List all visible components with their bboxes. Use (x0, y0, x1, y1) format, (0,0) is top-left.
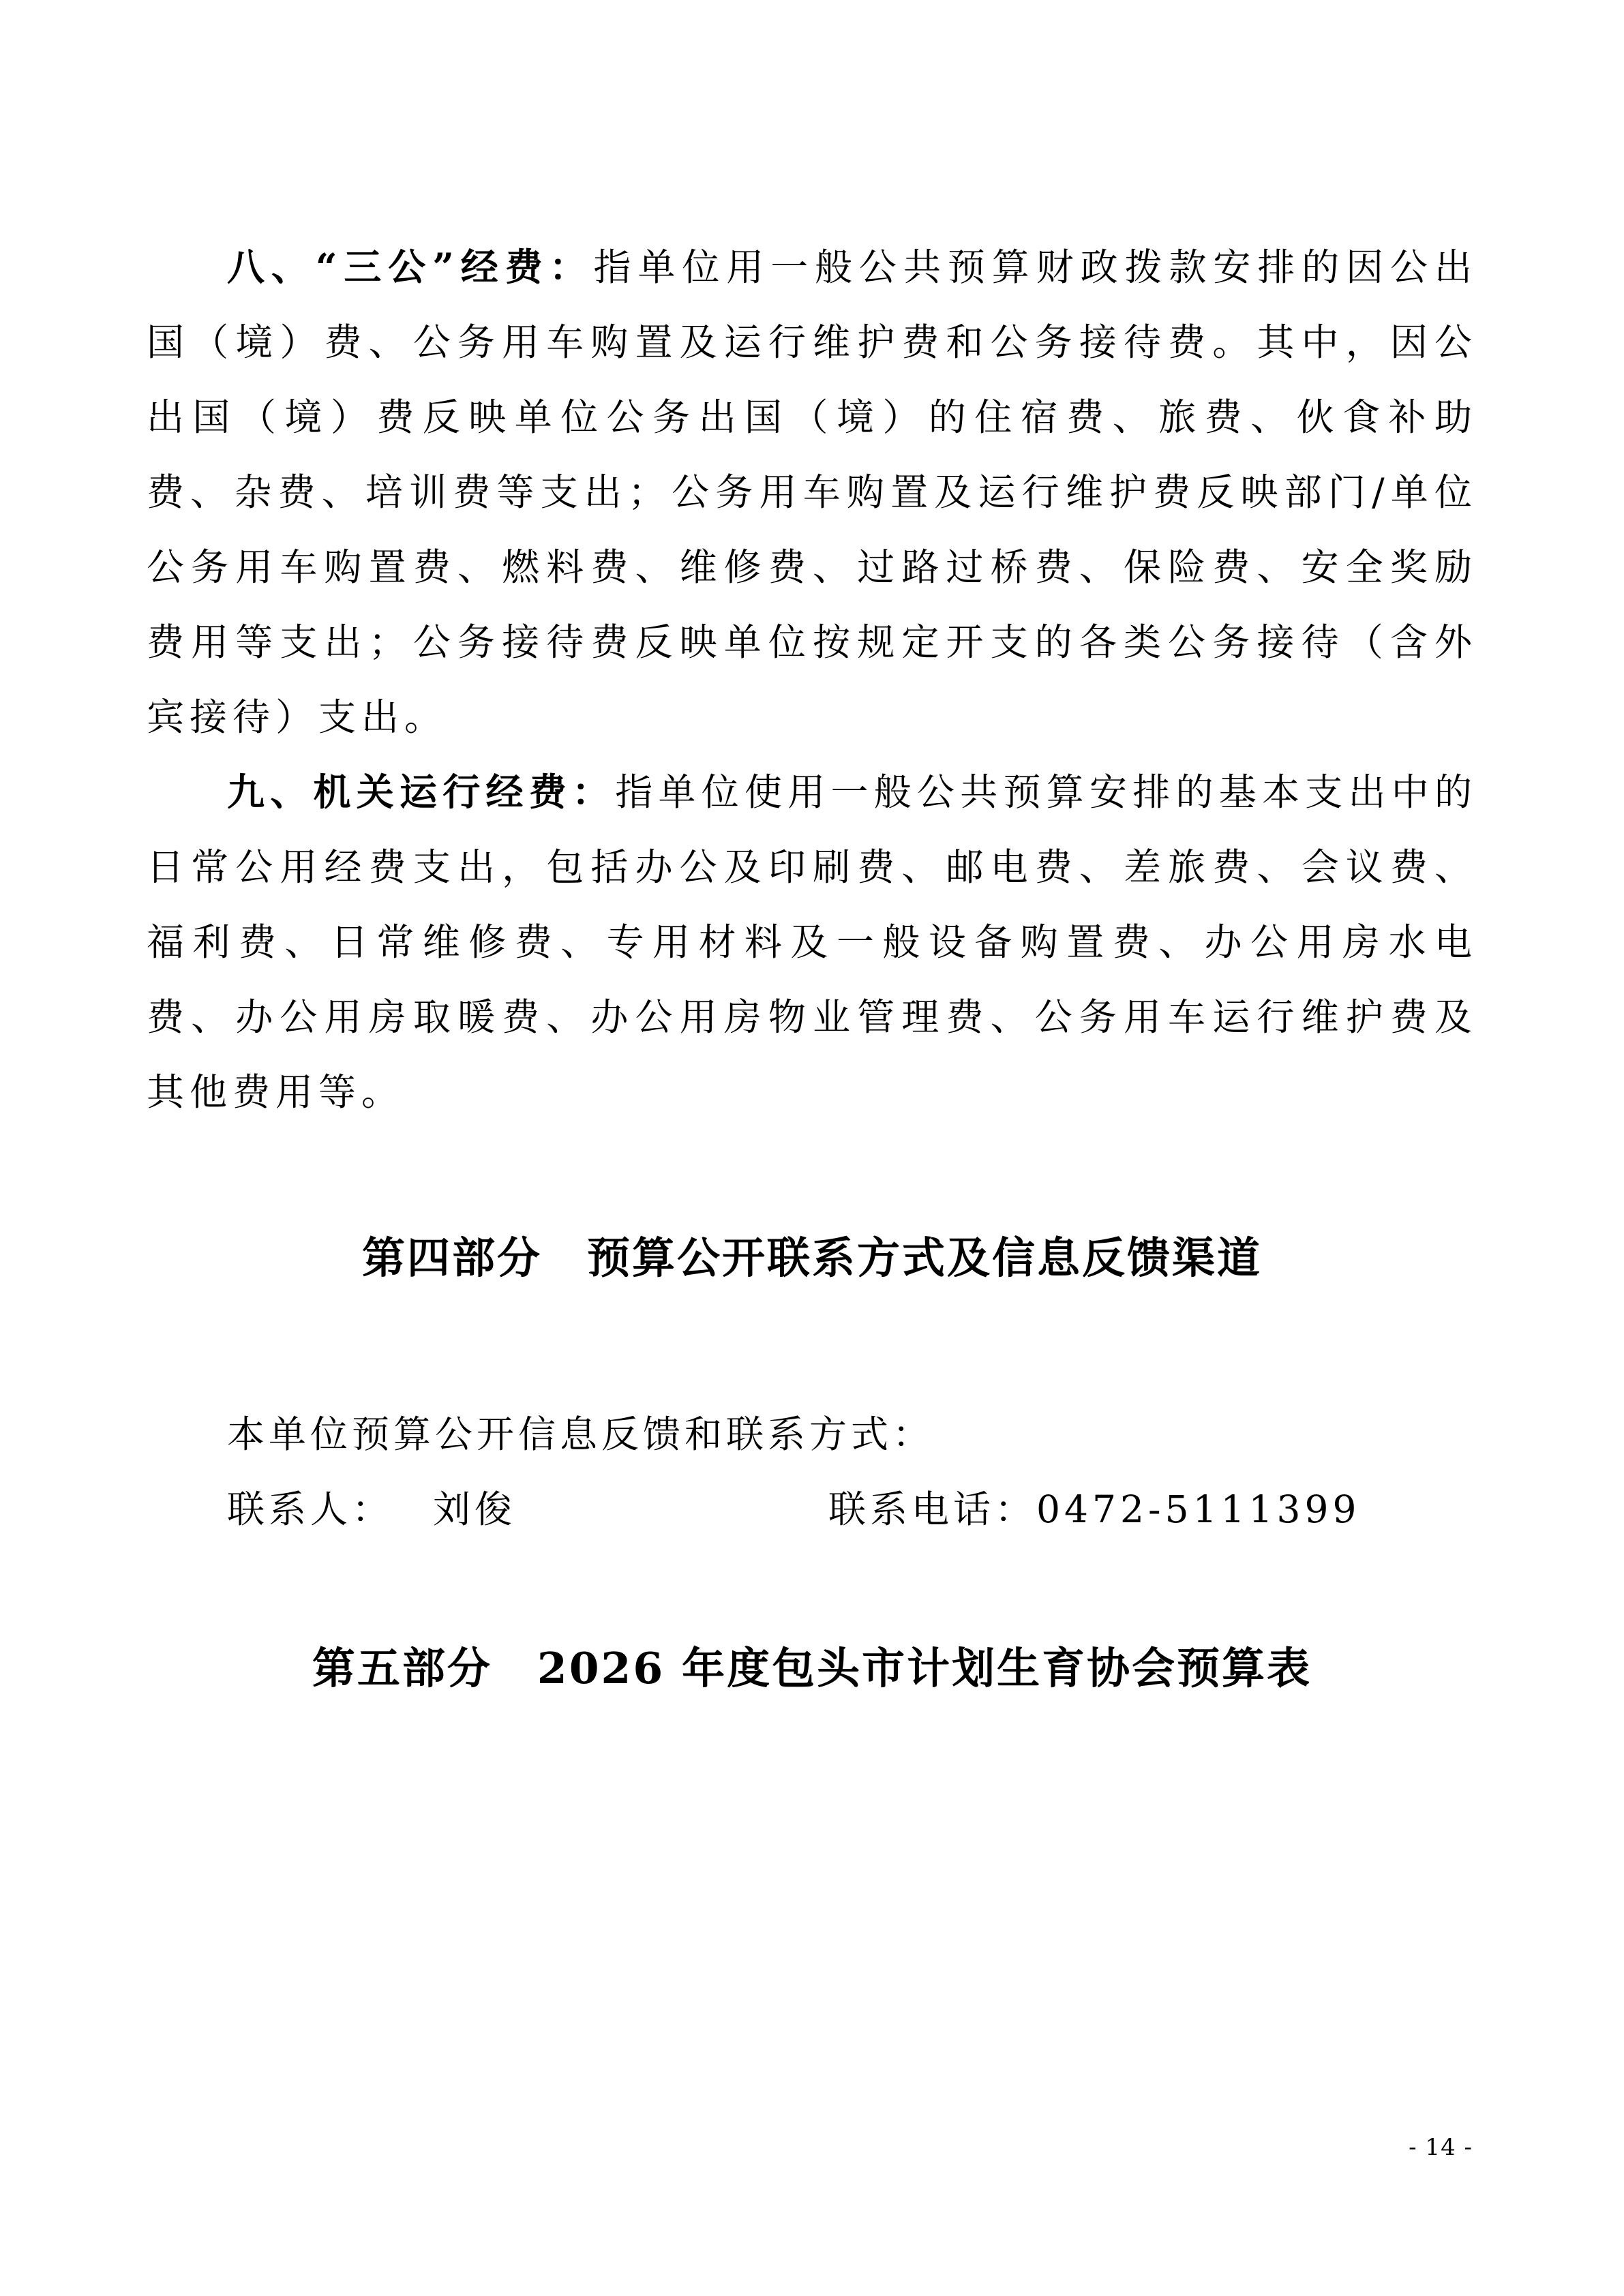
document-content: 八、“三公”经费：指单位用一般公共预算财政拨款安排的因公出国（境）费、公务用车购… (0, 0, 1624, 1700)
paragraph-agency-operation-funds-body: 指单位使用一般公共预算安排的基本支出中的日常公用经费支出，包括办公及印刷费、邮电… (147, 770, 1477, 1114)
contact-person-label: 联系人： (227, 1487, 393, 1531)
contact-intro-line: 本单位预算公开信息反馈和联系方式： (147, 1397, 1477, 1472)
paragraph-three-public-funds-body: 指单位用一般公共预算财政拨款安排的因公出国（境）费、公务用车购置及运行维护费和公… (147, 245, 1477, 739)
part5-heading: 第五部分 2026 年度包头市计划生育协会预算表 (147, 1637, 1477, 1700)
paragraph-three-public-funds: 八、“三公”经费：指单位用一般公共预算财政拨款安排的因公出国（境）费、公务用车购… (147, 230, 1477, 755)
paragraph-three-public-funds-label: 八、“三公”经费： (227, 245, 594, 289)
document-page: 八、“三公”经费：指单位用一般公共预算财政拨款安排的因公出国（境）费、公务用车购… (0, 0, 1624, 2296)
contact-person-name: 刘俊 (433, 1487, 516, 1531)
contact-phone-label: 联系电话： (828, 1487, 1036, 1531)
contact-line: 联系人：刘俊 联系电话：0472-5111399 (147, 1472, 1477, 1547)
contact-phone-number: 0472-5111399 (1036, 1487, 1361, 1531)
page-number: - 14 - (1409, 2132, 1473, 2162)
contact-phone: 联系电话：0472-5111399 (828, 1472, 1361, 1547)
paragraph-agency-operation-funds: 九、机关运行经费：指单位使用一般公共预算安排的基本支出中的日常公用经费支出，包括… (147, 755, 1477, 1130)
part4-heading: 第四部分 预算公开联系方式及信息反馈渠道 (147, 1226, 1477, 1289)
paragraph-agency-operation-funds-label: 九、机关运行经费： (227, 770, 615, 814)
